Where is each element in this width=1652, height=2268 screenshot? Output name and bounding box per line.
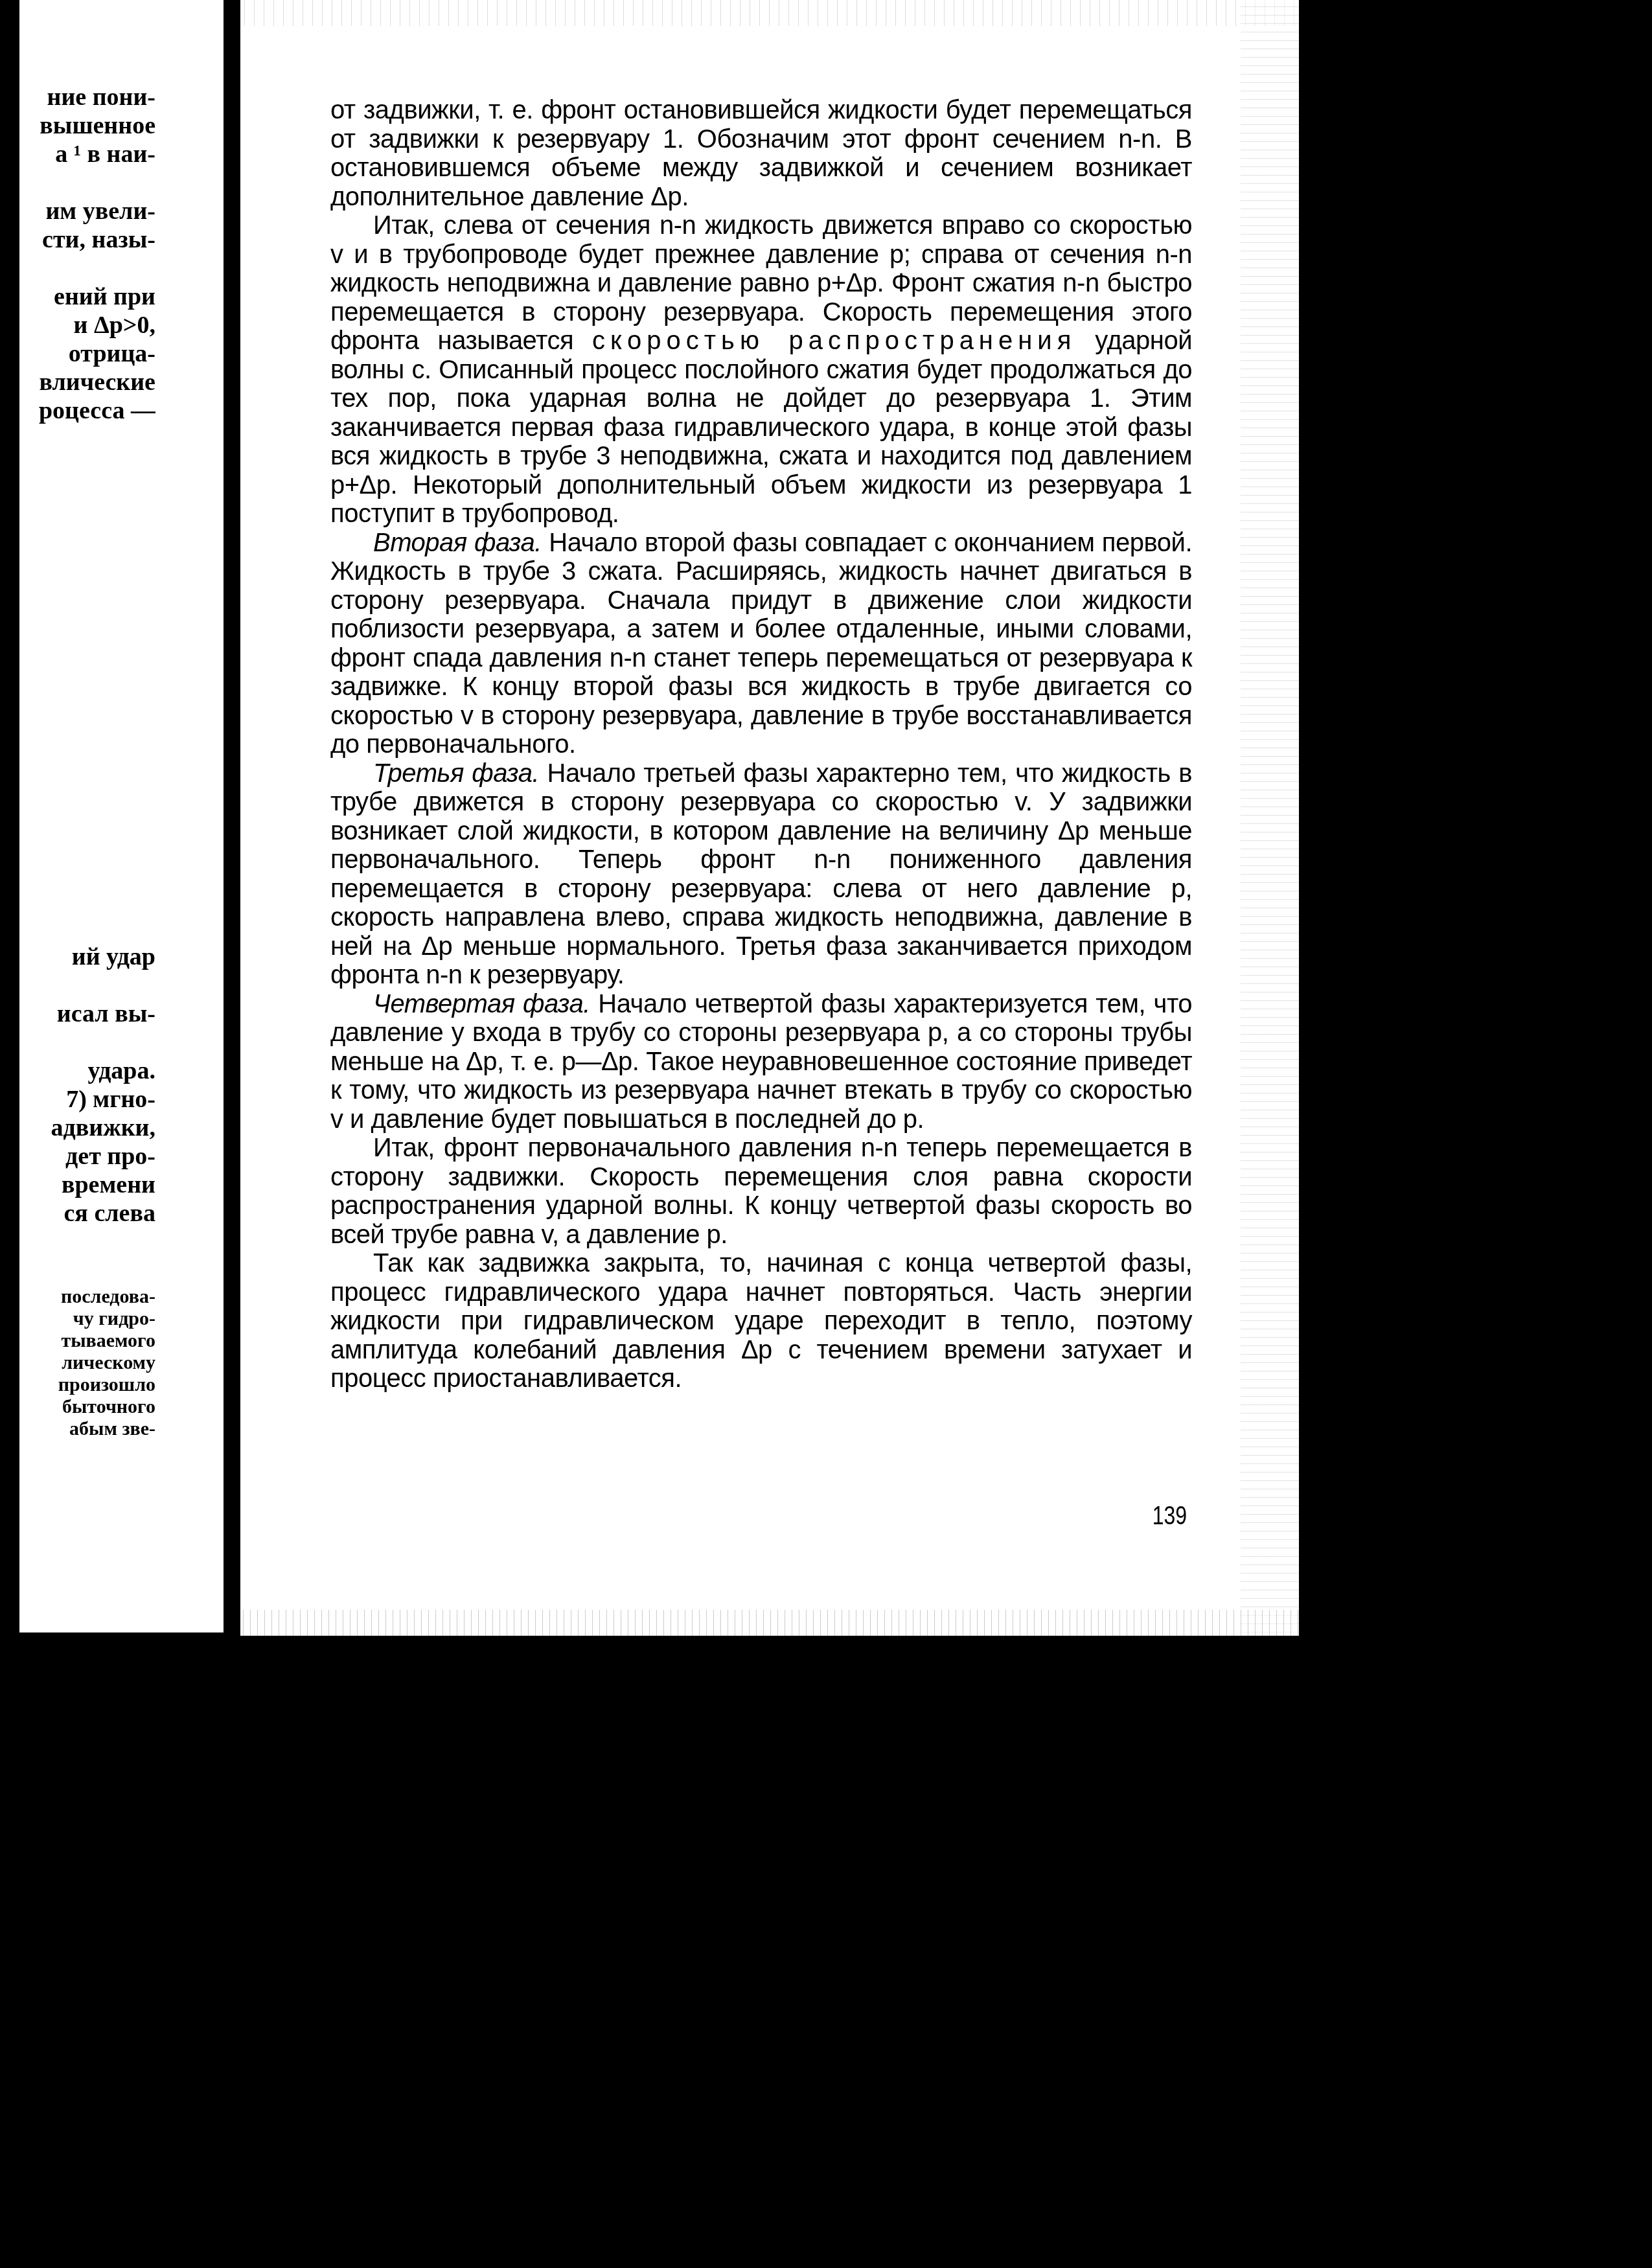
main-text-column: от задвижки, т. е. фронт остановившейся …: [330, 96, 1192, 1393]
scan-noise-right: [1241, 0, 1299, 1636]
book-gutter: [224, 0, 240, 1632]
left-page-line-fragment: чу гидро-: [23, 1308, 155, 1330]
page-number: 139: [1153, 1502, 1187, 1531]
phase-heading: Четвертая фаза.: [373, 990, 590, 1018]
left-page-line-fragment: влические: [23, 368, 155, 396]
phase-heading: Вторая фаза.: [373, 529, 542, 557]
left-page-line-fragment: исал вы-: [23, 1000, 155, 1028]
left-page-line-fragment: последова-: [23, 1286, 155, 1308]
left-page-line-fragment: ений при: [23, 282, 155, 311]
left-page-line-fragment: ий удар: [23, 943, 155, 971]
paragraph-damping: Так как задвижка закрыта, то, начиная с …: [330, 1249, 1192, 1393]
left-page-line-fragment: дет про-: [23, 1142, 155, 1171]
left-page-line-fragment: тываемого: [23, 1330, 155, 1352]
paragraph-continuation: от задвижки, т. е. фронт остановившейся …: [330, 96, 1192, 211]
paragraph-third-phase: Третья фаза. Начало третьей фазы характе…: [330, 759, 1192, 990]
left-page-line-fragment: вышенное: [23, 111, 155, 140]
term-shock-wave-speed: скоростью распространения: [592, 326, 1076, 355]
paragraph-first-phase: Итак, слева от сечения n-n жидкость движ…: [330, 211, 1192, 529]
left-page-line-fragment: адвижки,: [23, 1114, 155, 1142]
left-page-line-fragment: времени: [23, 1171, 155, 1199]
left-page-line-fragment: 7) мгно-: [23, 1085, 155, 1114]
left-page-line-fragment: а ¹ в наи-: [23, 140, 155, 168]
left-page-line-fragment: ние пони-: [23, 83, 155, 111]
phase-heading: Третья фаза.: [373, 759, 539, 788]
scan-noise-bottom: [240, 1610, 1299, 1636]
left-page-line-fragment: отрица-: [23, 339, 155, 368]
paragraph-second-phase: Вторая фаза. Начало второй фазы совпадае…: [330, 529, 1192, 759]
scan-noise-top: [240, 0, 1299, 26]
paragraph-front-return: Итак, фронт первоначального давления n-n…: [330, 1134, 1192, 1249]
left-page-line-fragment: и Δp>0,: [23, 311, 155, 339]
paragraph-fourth-phase: Четвертая фаза. Начало четвертой фазы ха…: [330, 990, 1192, 1134]
left-page-line-fragment: быточного: [23, 1396, 155, 1418]
left-page-line-fragment: сти, назы-: [23, 225, 155, 254]
left-page-line-fragment: им увели-: [23, 197, 155, 225]
left-page-line-fragment: лическому: [23, 1352, 155, 1374]
left-page-line-fragment: произошло: [23, 1374, 155, 1396]
left-page-line-fragment: абым зве-: [23, 1418, 155, 1440]
left-page-line-fragment: роцесса —: [23, 396, 155, 425]
left-page-line-fragment: ся слева: [23, 1199, 155, 1228]
left-page-line-fragment: удара.: [23, 1057, 155, 1085]
left-page: ние пони-вышенноеа ¹ в наи-им увели-сти,…: [19, 0, 225, 1632]
